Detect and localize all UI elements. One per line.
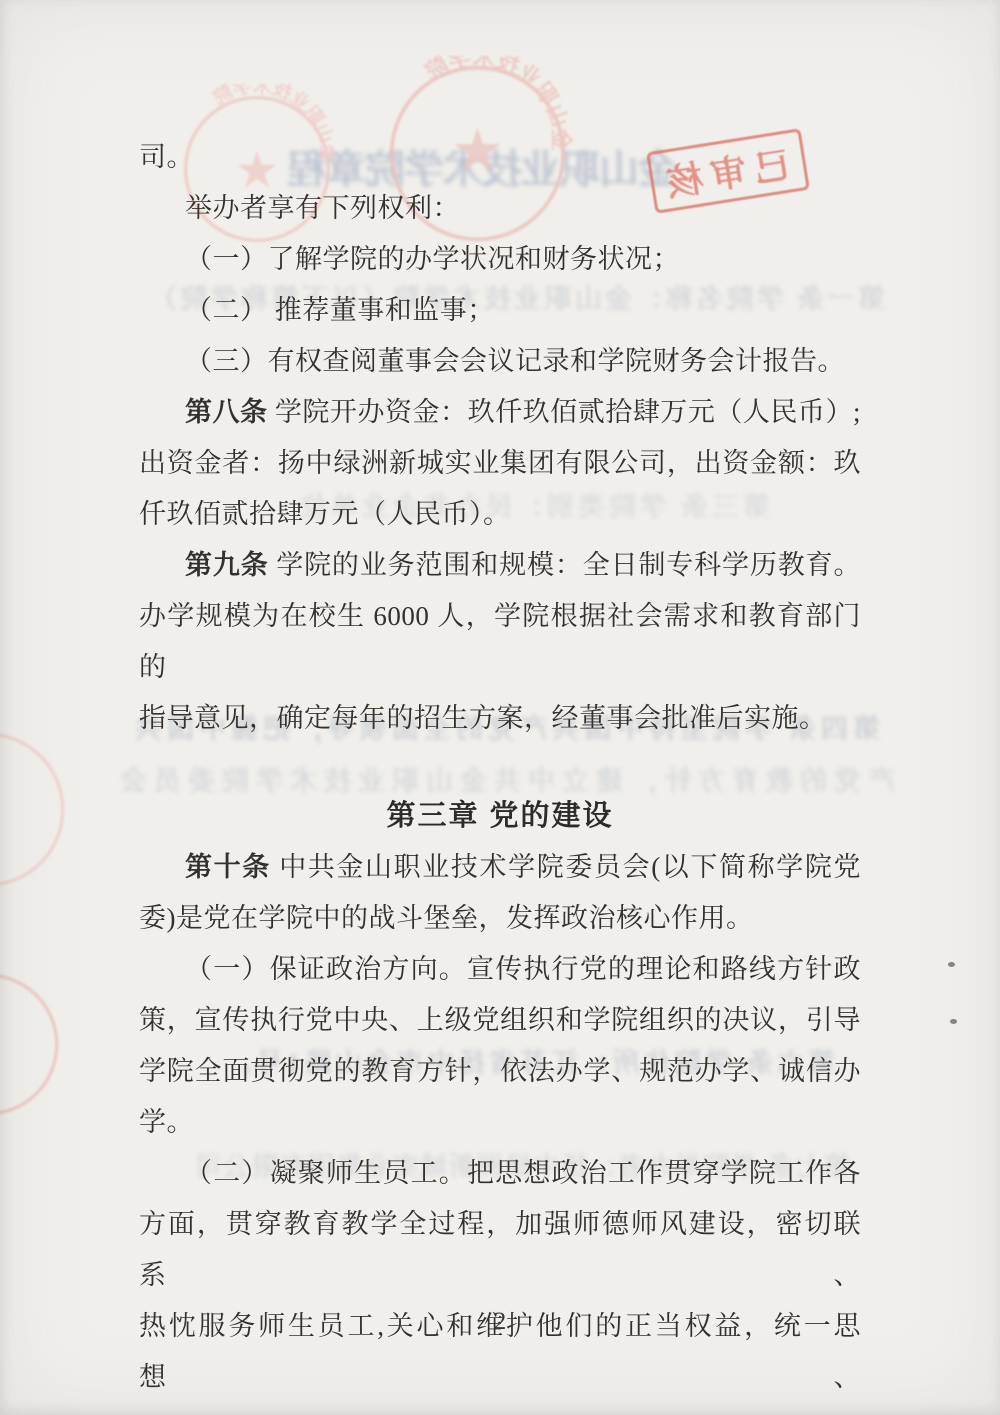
text-line: 仟玖佰贰拾肆万元（人民币）。 — [139, 489, 861, 540]
text-line: （二）凝聚师生员工。把思想政治工作贯穿学院工作各 — [139, 1148, 861, 1199]
text-line: 策，宣传执行党中央、上级党组织和学院组织的决议，引导 — [139, 995, 861, 1046]
text-line: （一）保证政治方向。宣传执行党的理论和路线方针政 — [139, 944, 861, 995]
text-line: 委)是党在学院中的战斗堡垒，发挥政治核心作用。 — [139, 893, 861, 944]
text-line: 出资金者：扬中绿洲新城实业集团有限公司，出资金额：玖 — [139, 438, 861, 489]
text-line: 学院全面贯彻党的教育方针，依法办学、规范办学、诚信办 — [139, 1046, 861, 1097]
document-body: 司。 举办者享有下列权利： （一）了解学院的办学状况和财务状况； （二） 推荐董… — [139, 132, 861, 1403]
text-line: 办学规模为在校生 6000 人，学院根据社会需求和教育部门的 — [139, 591, 861, 693]
svg-text:金山职业技术学院: 金山职业技术学院 — [0, 962, 70, 1061]
text-line: 学。 — [139, 1097, 861, 1148]
binding-dot — [948, 962, 955, 967]
round-seal-edge-icon: 金山职业技术学院 — [0, 962, 70, 1127]
chapter-heading: 第三章 党的建设 — [139, 791, 861, 842]
text-line: （一）了解学院的办学状况和财务状况； — [139, 234, 861, 285]
text-line: （二） 推荐董事和监事； — [139, 285, 861, 336]
round-seal-edge-icon — [0, 722, 75, 897]
text-line: 第十条 中共金山职业技术学院委员会(以下简称学院党 — [139, 842, 861, 893]
text-line: 举办者享有下列权利： — [139, 183, 861, 234]
text-line: 第九条 学院的业务范围和规模：全日制专科学历教育。 — [139, 540, 861, 591]
text-line: （三）有权查阅董事会会议记录和学院财务会计报告。 — [139, 336, 861, 387]
text-line: 方面，贯穿教育教学全过程，加强师德师风建设，密切联系、 — [139, 1199, 861, 1301]
text-line: 司。 — [139, 132, 861, 183]
page-number: 2 — [0, 1308, 1000, 1336]
scanned-document-page: 金山职业技术学院章程 第一条 学院名称：金山职业技术学院（以下简称学院） 第三条… — [0, 0, 1000, 1415]
seal-ring-text: 金山职业技术学院 — [0, 962, 70, 1061]
binding-dot — [950, 1019, 957, 1024]
text-line: 第八条 学院开办资金：玖仟玖佰贰拾肆万元（人民币）; — [139, 387, 861, 438]
text-line: 指导意见，确定每年的招生方案，经董事会批准后实施。 — [139, 693, 861, 744]
